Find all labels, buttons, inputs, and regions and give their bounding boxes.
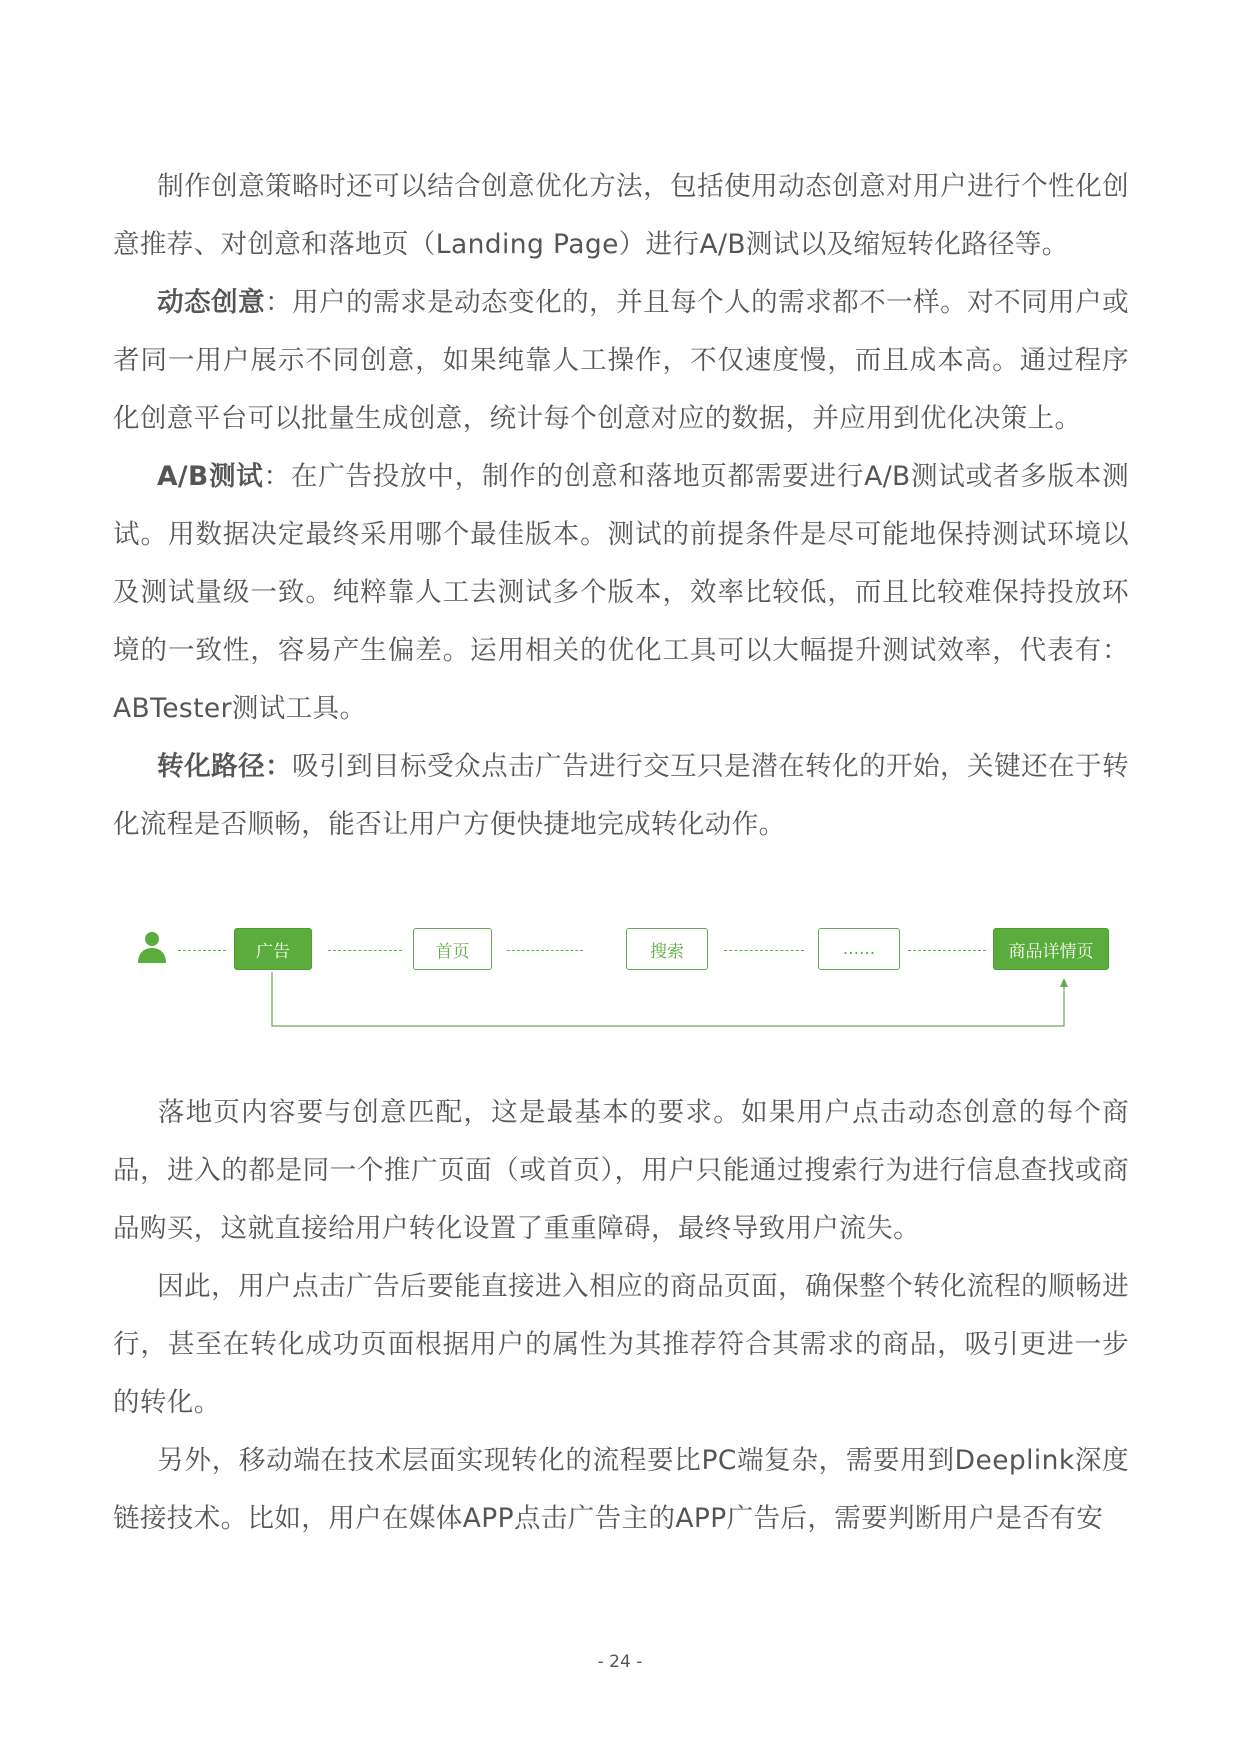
paragraph-ab-test: A/B测试：在广告投放中，制作的创意和落地页都需要进行A/B测试或者多版本测试。… — [113, 448, 1129, 738]
term-label: 动态创意 — [157, 287, 265, 318]
term-label: A/B测试 — [157, 461, 264, 492]
paragraph-text: ：在广告投放中，制作的创意和落地页都需要进行A/B测试或者多版本测试。用数据决定… — [113, 461, 1129, 724]
paragraph-deeplink: 另外，移动端在技术层面实现转化的流程要比PC端复杂，需要用到Deeplink深度… — [113, 1432, 1129, 1548]
paragraph-landing-match: 落地页内容要与创意匹配，这是最基本的要求。如果用户点击动态创意的每个商品，进入的… — [113, 1084, 1129, 1258]
conversion-path-diagram: 广告 首页 搜索 ...... 商品详情页 — [0, 900, 1240, 1050]
paragraph-dynamic-creative: 动态创意：用户的需求是动态变化的，并且每个人的需求都不一样。对不同用户或者同一用… — [113, 274, 1129, 448]
paragraph-intro: 制作创意策略时还可以结合创意优化方法，包括使用动态创意对用户进行个性化创意推荐、… — [113, 158, 1129, 274]
paragraph-text: 因此，用户点击广告后要能直接进入相应的商品页面，确保整个转化流程的顺畅进行，甚至… — [113, 1271, 1129, 1418]
paragraph-text: ：用户的需求是动态变化的，并且每个人的需求都不一样。对不同用户或者同一用户展示不… — [113, 287, 1129, 434]
document-page: 制作创意策略时还可以结合创意优化方法，包括使用动态创意对用户进行个性化创意推荐、… — [0, 0, 1240, 1754]
paragraph-text: 另外，移动端在技术层面实现转化的流程要比PC端复杂，需要用到Deeplink深度… — [113, 1445, 1129, 1534]
page-number: - 24 - — [0, 1652, 1240, 1672]
shortcut-arrow — [0, 900, 1240, 1050]
paragraph-conversion-path: 转化路径：吸引到目标受众点击广告进行交互只是潜在转化的开始，关键还在于转化流程是… — [113, 738, 1129, 854]
term-label: 转化路径： — [157, 751, 292, 782]
paragraph-direct-entry: 因此，用户点击广告后要能直接进入相应的商品页面，确保整个转化流程的顺畅进行，甚至… — [113, 1258, 1129, 1432]
paragraph-text: 制作创意策略时还可以结合创意优化方法，包括使用动态创意对用户进行个性化创意推荐、… — [113, 171, 1129, 260]
paragraph-text: 落地页内容要与创意匹配，这是最基本的要求。如果用户点击动态创意的每个商品，进入的… — [113, 1097, 1129, 1244]
